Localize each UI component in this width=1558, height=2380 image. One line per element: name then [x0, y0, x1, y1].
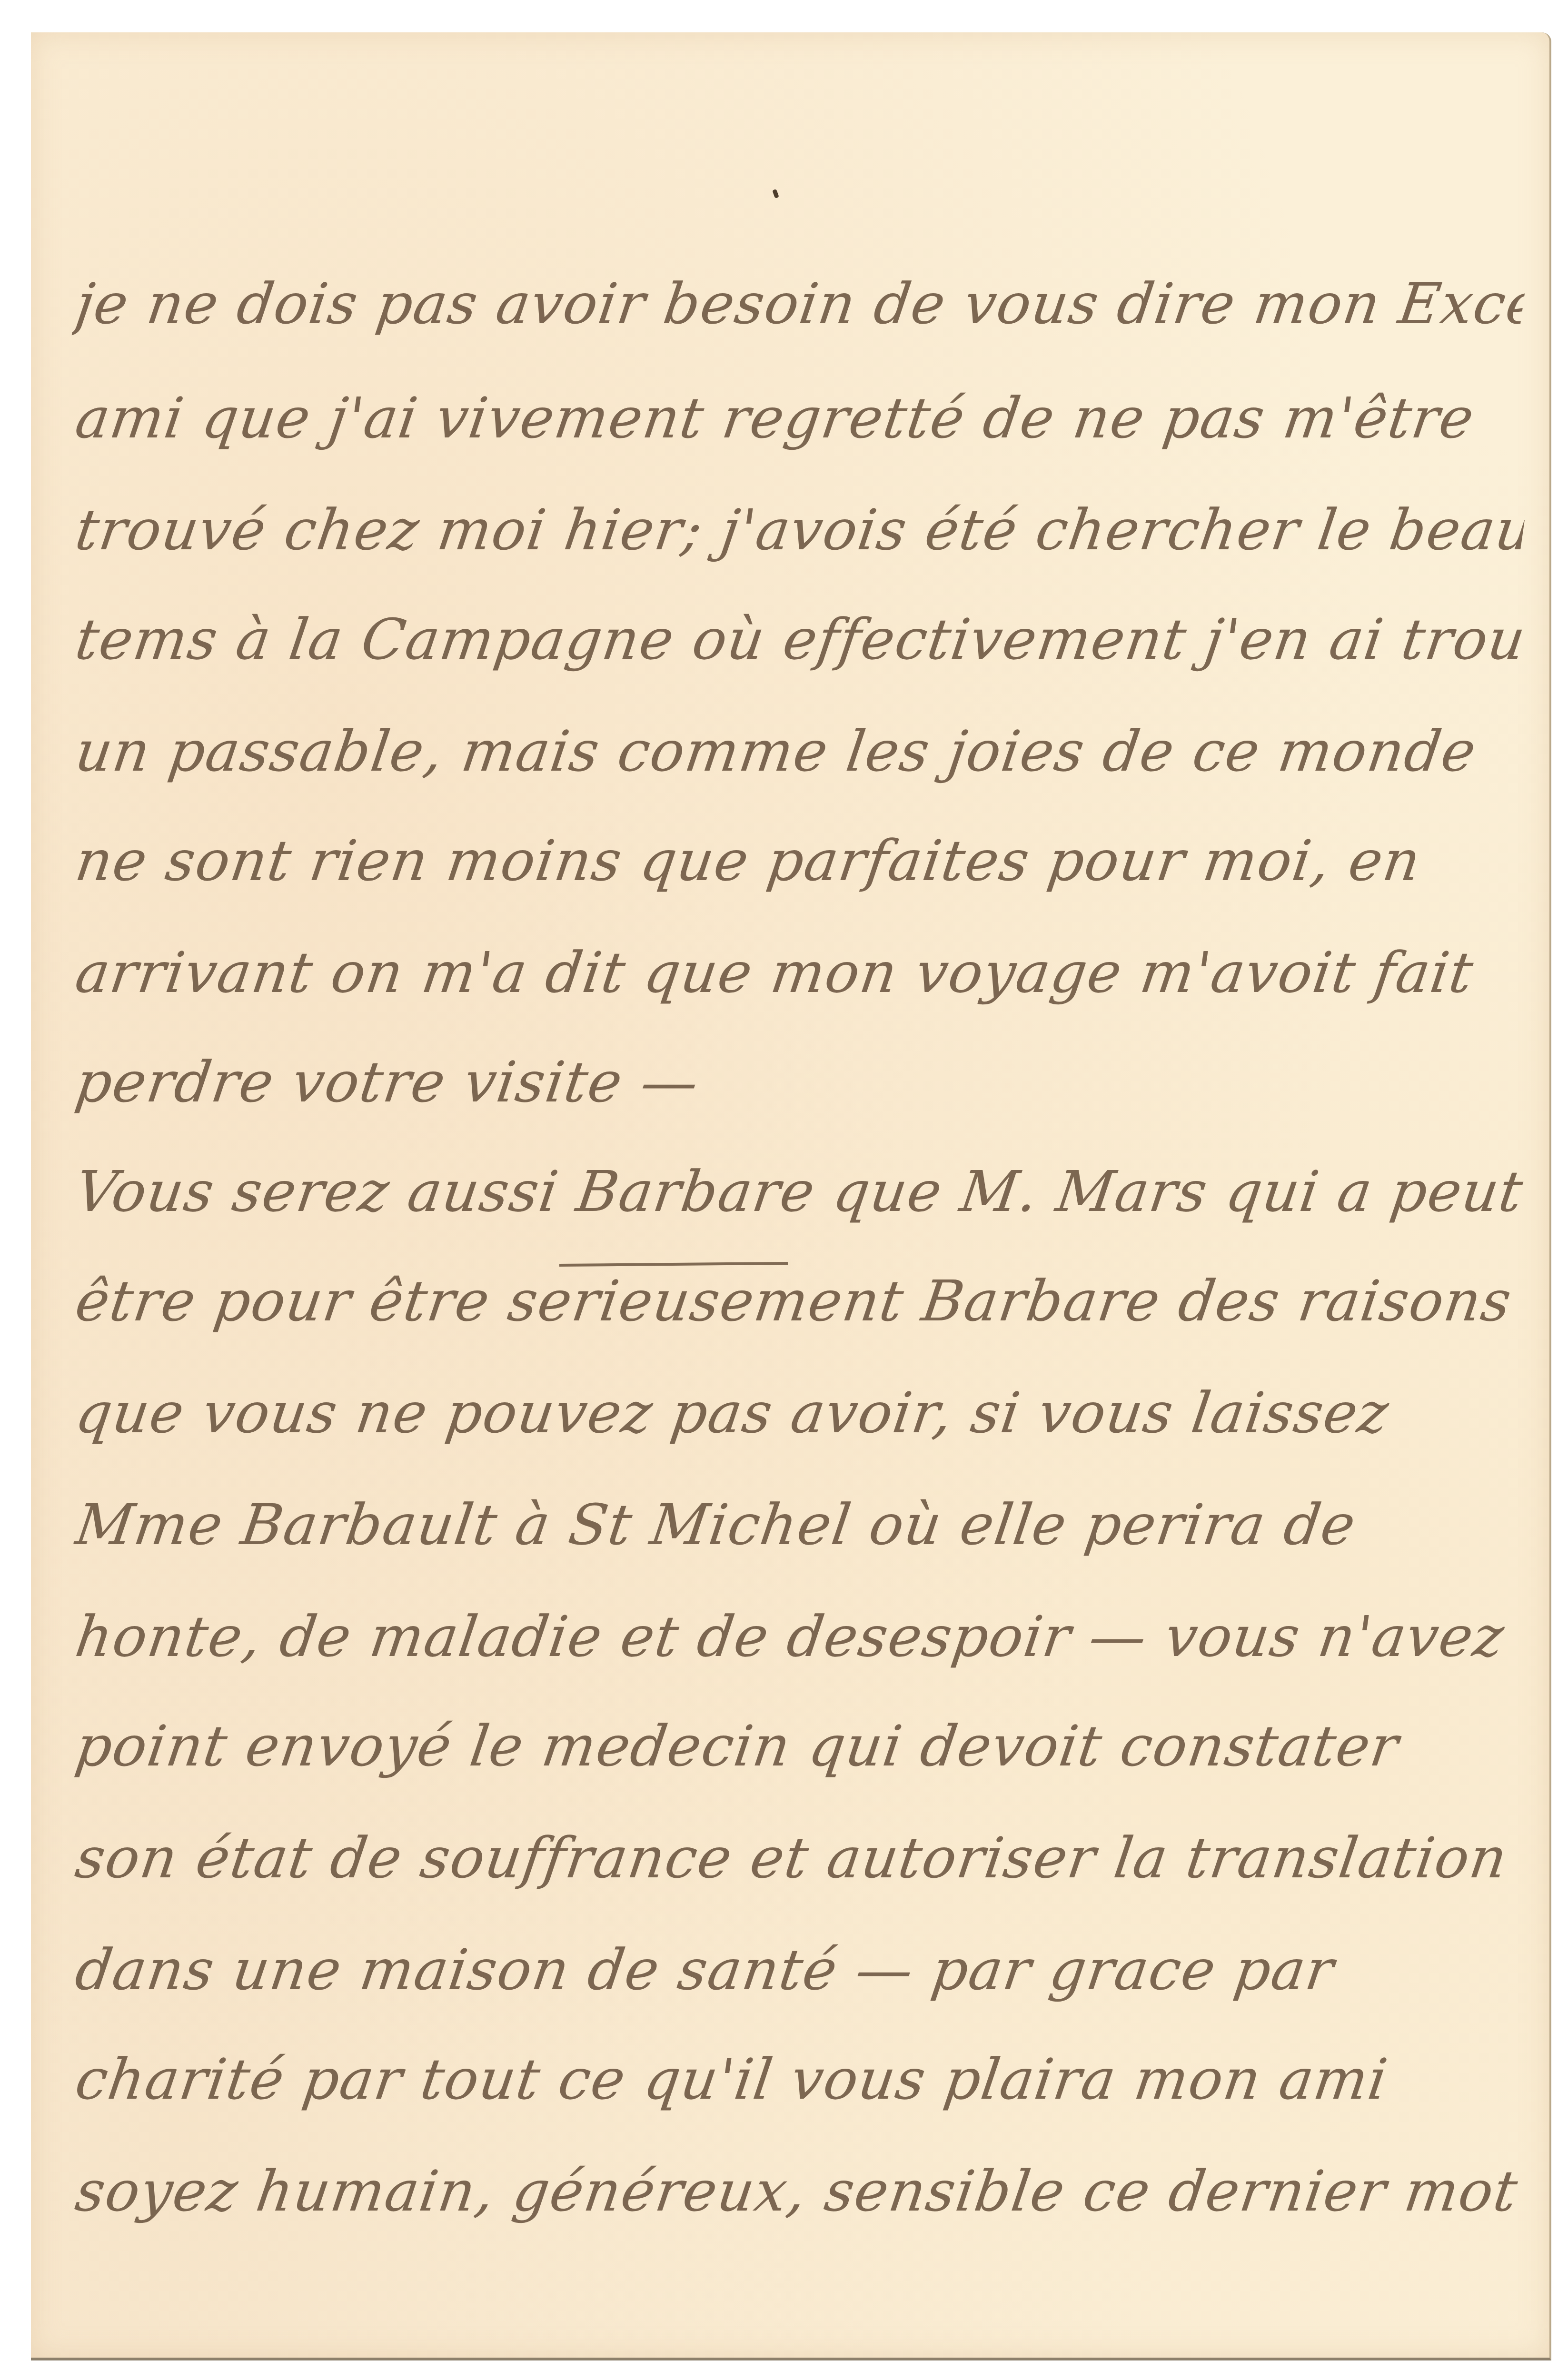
letter-line-9: Vous serez aussi Barbare que M. Mars qui…: [71, 1158, 1528, 1225]
letter-page: je ne dois pas avoir besoin de vous dire…: [31, 32, 1551, 2360]
letter-line-12: Mme Barbault à St Michel où elle perira …: [71, 1491, 1528, 1558]
underline-barbare: [559, 1262, 788, 1267]
letter-line-8: perdre votre visite —: [71, 1049, 1528, 1115]
letter-line-11: que vous ne pouvez pas avoir, si vous la…: [71, 1379, 1528, 1446]
letter-line-3: trouvé chez moi hier; j'avois été cherch…: [71, 496, 1528, 563]
letter-line-15: son état de souffrance et autoriser la t…: [71, 1825, 1528, 1891]
letter-line-13: honte, de maladie et de desespoir — vous…: [71, 1603, 1528, 1670]
letter-line-16: dans une maison de santé — par grace par: [71, 1936, 1528, 2003]
letter-line-4: tems à la Campagne où effectivement j'en…: [71, 606, 1528, 673]
letter-line-5: un passable, mais comme les joies de ce …: [71, 718, 1528, 784]
letter-line-6: ne sont rien moins que parfaites pour mo…: [71, 827, 1528, 894]
letter-line-17: charité par tout ce qu'il vous plaira mo…: [71, 2046, 1528, 2112]
letter-line-10: être pour être serieusement Barbare des …: [71, 1268, 1528, 1334]
ink-mark: [772, 189, 779, 198]
letter-line-9-text: Vous serez aussi Barbare que M. Mars qui…: [71, 1159, 1528, 1224]
letter-line-1: je ne dois pas avoir besoin de vous dire…: [71, 270, 1528, 337]
letter-line-7: arrivant on m'a dit que mon voyage m'avo…: [71, 939, 1528, 1006]
letter-line-14: point envoyé le medecin qui devoit const…: [71, 1713, 1528, 1779]
letter-line-2: ami que j'ai vivement regretté de ne pas…: [71, 385, 1528, 451]
letter-line-18: soyez humain, généreux, sensible ce dern…: [71, 2158, 1528, 2224]
